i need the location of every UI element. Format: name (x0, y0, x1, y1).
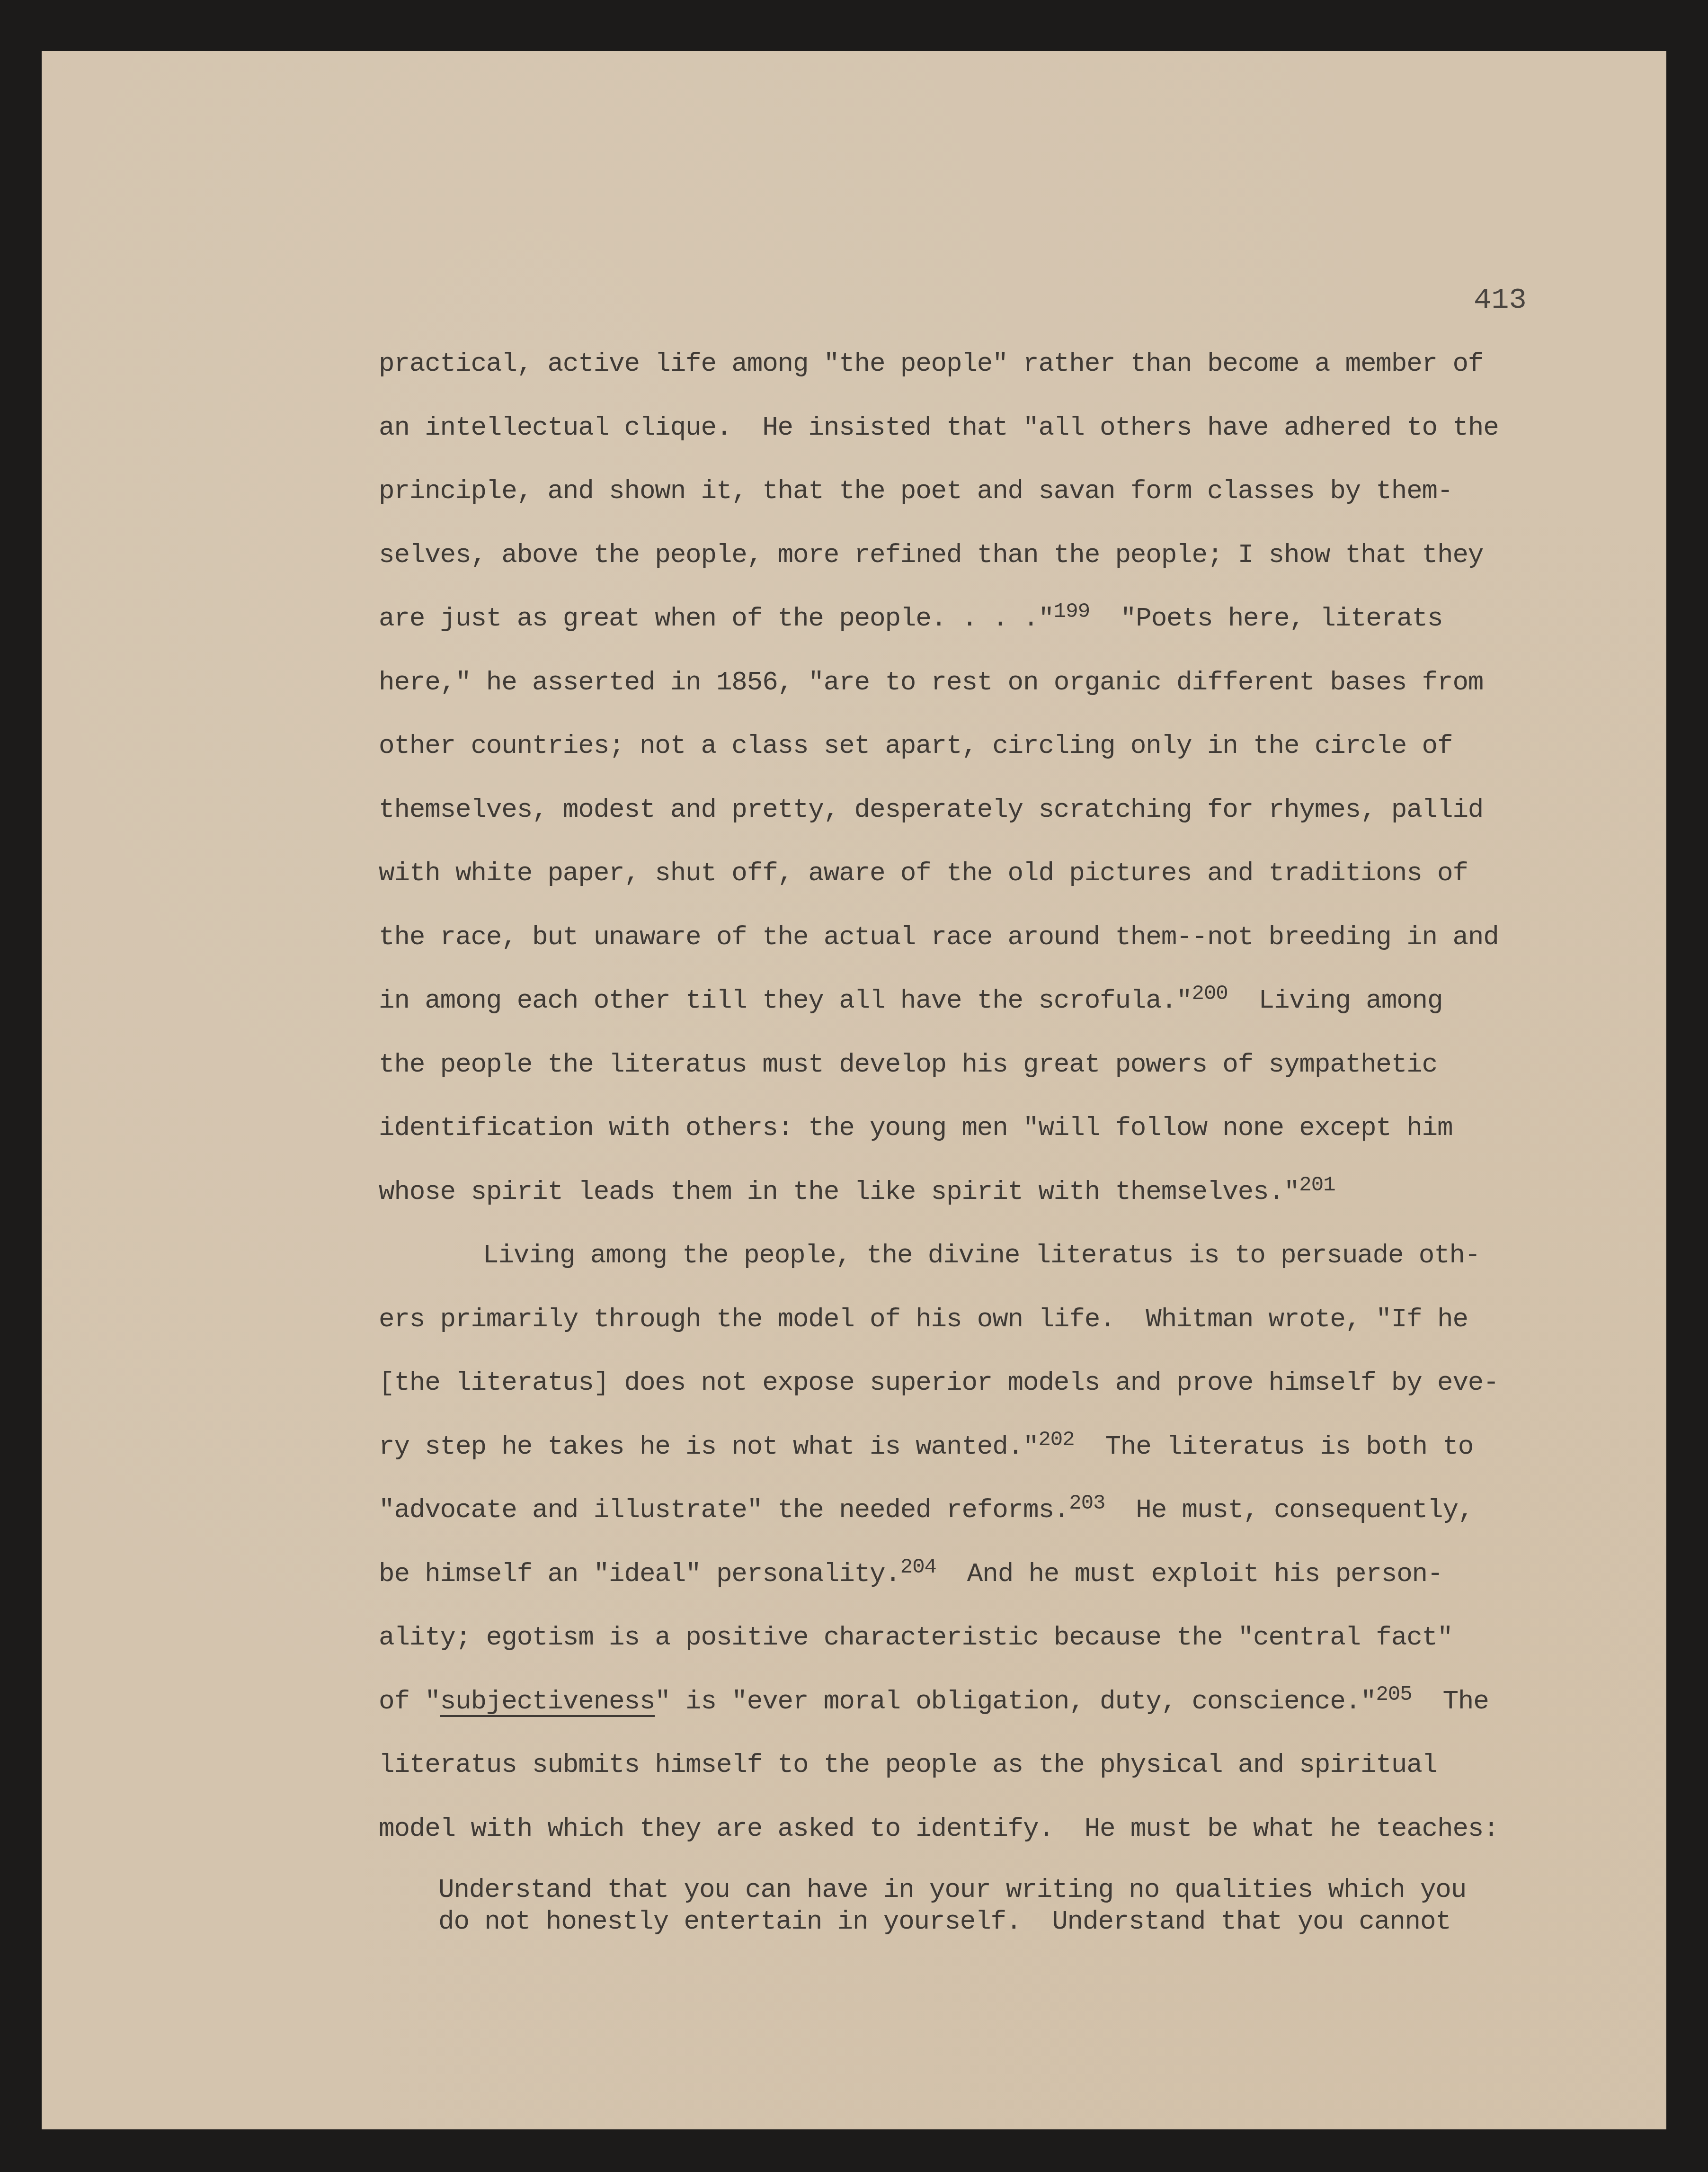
text-line: themselves, modest and pretty, desperate… (379, 786, 1562, 850)
text-segment: " is "ever moral obligation, duty, consc… (655, 1686, 1376, 1716)
text-segment: of " (379, 1686, 440, 1716)
text-line: other countries; not a class set apart, … (379, 722, 1562, 786)
text-line: the race, but unaware of the actual race… (379, 913, 1562, 977)
text-segment: are just as great when of the people. . … (379, 603, 1054, 634)
block-quote: Understand that you can have in your wri… (438, 1874, 1575, 1938)
footnote-marker-203: 203 (1069, 1492, 1105, 1515)
text-line: literatus submits himself to the people … (379, 1741, 1562, 1805)
footnote-marker-201: 201 (1299, 1173, 1335, 1197)
text-line: ry step he takes he is not what is wante… (379, 1423, 1562, 1487)
text-segment: be himself an "ideal" personality. (379, 1559, 900, 1589)
text-line: practical, active life among "the people… (379, 340, 1562, 404)
text-segment: The literatus is both to (1075, 1431, 1474, 1462)
text-segment: He must, consequently, (1105, 1495, 1473, 1525)
text-line: with white paper, shut off, aware of the… (379, 849, 1562, 913)
text-segment: "Poets here, literats (1090, 603, 1442, 634)
footnote-marker-202: 202 (1038, 1428, 1074, 1452)
text-line: "advocate and illustrate" the needed ref… (379, 1486, 1562, 1550)
footnote-marker-205: 205 (1376, 1683, 1412, 1707)
text-line: the people the literatus must develop hi… (379, 1041, 1562, 1105)
text-line: selves, above the people, more refined t… (379, 531, 1562, 595)
text-segment: whose spirit leads them in the like spir… (379, 1177, 1299, 1207)
text-line: in among each other till they all have t… (379, 977, 1562, 1041)
text-segment: Living among (1228, 985, 1443, 1016)
text-line: ality; egotism is a positive characteris… (379, 1614, 1562, 1678)
paragraph-start-line: Living among the people, the divine lite… (379, 1232, 1562, 1296)
footnote-marker-200: 200 (1192, 982, 1228, 1006)
text-line: ers primarily through the model of his o… (379, 1296, 1562, 1359)
text-segment: And he must exploit his person- (936, 1559, 1442, 1589)
quote-line: do not honestly entertain in yourself. U… (438, 1906, 1575, 1938)
footnote-marker-199: 199 (1054, 600, 1090, 624)
text-line: principle, and shown it, that the poet a… (379, 467, 1562, 531)
document-page: 413 practical, active life among "the pe… (42, 51, 1666, 2129)
text-line: model with which they are asked to ident… (379, 1805, 1562, 1869)
text-segment: The (1412, 1686, 1489, 1716)
footnote-marker-204: 204 (900, 1555, 936, 1579)
text-line: here," he asserted in 1856, "are to rest… (379, 659, 1562, 723)
text-line: are just as great when of the people. . … (379, 595, 1562, 659)
text-segment: in among each other till they all have t… (379, 985, 1192, 1016)
body-text: practical, active life among "the people… (379, 340, 1562, 1868)
text-line: of "subjectiveness" is "ever moral oblig… (379, 1678, 1562, 1742)
text-line: identification with others: the young me… (379, 1104, 1562, 1168)
text-segment: ry step he takes he is not what is wante… (379, 1431, 1038, 1462)
text-line: be himself an "ideal" personality.204 An… (379, 1550, 1562, 1614)
underlined-word: subjectiveness (440, 1686, 655, 1716)
text-segment: "advocate and illustrate" the needed ref… (379, 1495, 1069, 1525)
page-number: 413 (1474, 283, 1527, 317)
text-line: whose spirit leads them in the like spir… (379, 1168, 1562, 1232)
text-line: an intellectual clique. He insisted that… (379, 404, 1562, 468)
text-line: [the literatus] does not expose superior… (379, 1359, 1562, 1423)
quote-line: Understand that you can have in your wri… (438, 1874, 1575, 1906)
